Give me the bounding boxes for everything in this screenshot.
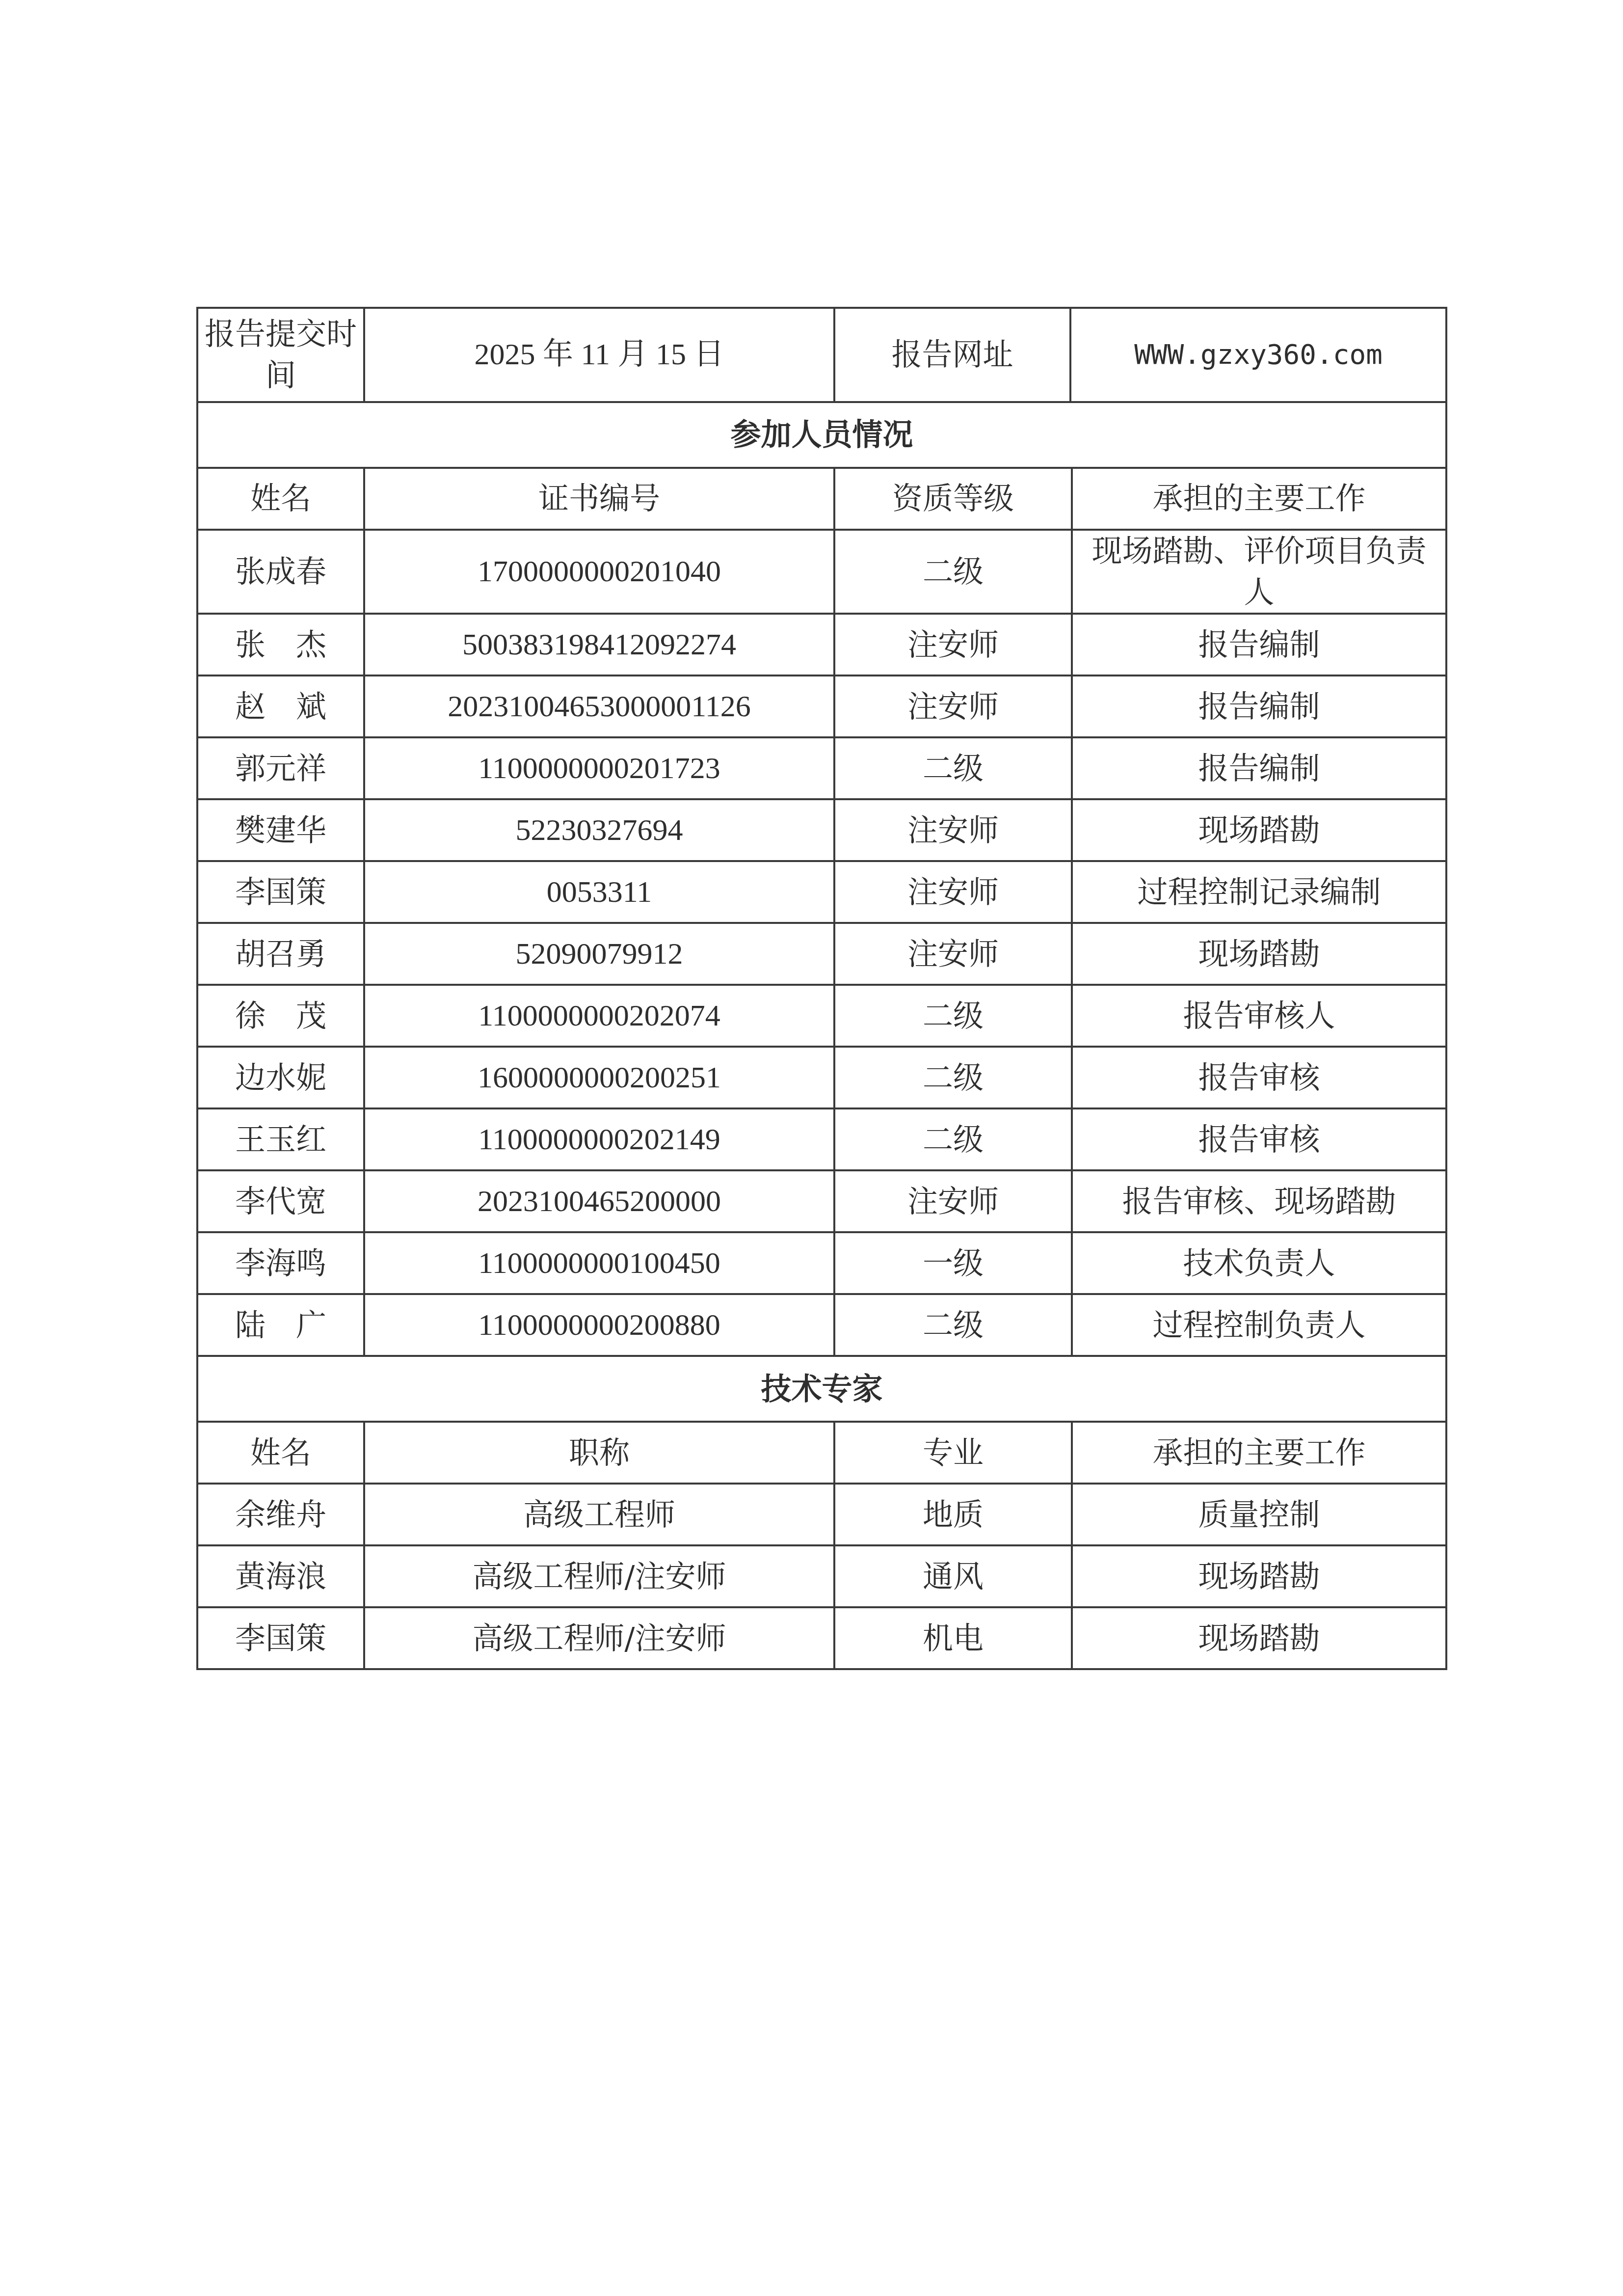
table-row: 李代宽 2023100465200000 注安师 报告审核、现场踏勘 xyxy=(197,1170,1446,1232)
personnel-header-row: 姓名 证书编号 资质等级 承担的主要工作 xyxy=(197,468,1446,530)
person-work: 技术负责人 xyxy=(1072,1232,1446,1294)
person-name: 边水妮 xyxy=(197,1047,364,1108)
column-header-name: 姓名 xyxy=(197,468,364,530)
person-name: 樊建华 xyxy=(197,799,364,861)
table-row: 李国策 高级工程师/注安师 机电 现场踏勘 xyxy=(197,1607,1446,1669)
expert-specialty: 机电 xyxy=(834,1607,1072,1669)
person-cert: 1100000000100450 xyxy=(364,1232,834,1294)
column-header-title: 职称 xyxy=(364,1422,834,1484)
submit-time-label: 报告提交时间 xyxy=(197,308,364,402)
person-name: 王玉红 xyxy=(197,1108,364,1170)
expert-name: 黄海浪 xyxy=(197,1545,364,1607)
report-url-label: 报告网址 xyxy=(835,309,1071,401)
table-row: 胡召勇 52090079912 注安师 现场踏勘 xyxy=(197,923,1446,985)
report-info-row: 报告提交时间 2025 年 11 月 15 日 报告网址 WWW.gzxy360… xyxy=(197,308,1446,402)
person-work: 过程控制记录编制 xyxy=(1072,861,1446,923)
expert-title: 高级工程师 xyxy=(364,1484,834,1545)
expert-title: 高级工程师/注安师 xyxy=(364,1607,834,1669)
column-header-level: 资质等级 xyxy=(834,468,1072,530)
person-level: 一级 xyxy=(834,1232,1072,1294)
person-name: 胡召勇 xyxy=(197,923,364,985)
person-level: 二级 xyxy=(834,1294,1072,1356)
expert-work: 现场踏勘 xyxy=(1072,1607,1446,1669)
person-cert: 1700000000201040 xyxy=(364,530,834,614)
personnel-section-row: 参加人员情况 xyxy=(197,402,1446,468)
person-level: 注安师 xyxy=(834,1170,1072,1232)
person-cert: 2023100465200000 xyxy=(364,1170,834,1232)
table-row: 余维舟 高级工程师 地质 质量控制 xyxy=(197,1484,1446,1545)
person-level: 注安师 xyxy=(834,861,1072,923)
table-row: 张 杰 500383198412092274 注安师 报告编制 xyxy=(197,614,1446,675)
table-row: 李海鸣 1100000000100450 一级 技术负责人 xyxy=(197,1232,1446,1294)
table-row: 陆 广 1100000000200880 二级 过程控制负责人 xyxy=(197,1294,1446,1356)
person-level: 注安师 xyxy=(834,923,1072,985)
expert-title: 高级工程师/注安师 xyxy=(364,1545,834,1607)
person-level: 二级 xyxy=(834,737,1072,799)
table-row: 王玉红 1100000000202149 二级 报告审核 xyxy=(197,1108,1446,1170)
submit-time-value: 2025 年 11 月 15 日 xyxy=(364,308,834,402)
person-level: 二级 xyxy=(834,985,1072,1047)
person-name: 李代宽 xyxy=(197,1170,364,1232)
experts-section-title: 技术专家 xyxy=(197,1356,1446,1422)
table-row: 郭元祥 1100000000201723 二级 报告编制 xyxy=(197,737,1446,799)
person-name: 郭元祥 xyxy=(197,737,364,799)
expert-specialty: 通风 xyxy=(834,1545,1072,1607)
person-work: 现场踏勘 xyxy=(1072,923,1446,985)
person-cert: 1100000000202149 xyxy=(364,1108,834,1170)
person-level: 二级 xyxy=(834,530,1072,614)
person-work: 报告审核、现场踏勘 xyxy=(1072,1170,1446,1232)
table-row: 赵 斌 20231004653000001126 注安师 报告编制 xyxy=(197,675,1446,737)
person-name: 赵 斌 xyxy=(197,675,364,737)
expert-name: 李国策 xyxy=(197,1607,364,1669)
person-cert: 0053311 xyxy=(364,861,834,923)
person-cert: 1600000000200251 xyxy=(364,1047,834,1108)
person-cert: 1100000000200880 xyxy=(364,1294,834,1356)
column-header-work: 承担的主要工作 xyxy=(1072,468,1446,530)
table-row: 徐 茂 1100000000202074 二级 报告审核人 xyxy=(197,985,1446,1047)
person-work: 报告审核人 xyxy=(1072,985,1446,1047)
person-level: 注安师 xyxy=(834,675,1072,737)
report-url-value: WWW.gzxy360.com xyxy=(1071,309,1445,401)
person-work: 报告编制 xyxy=(1072,614,1446,675)
column-header-cert: 证书编号 xyxy=(364,468,834,530)
table-row: 李国策 0053311 注安师 过程控制记录编制 xyxy=(197,861,1446,923)
person-name: 徐 茂 xyxy=(197,985,364,1047)
experts-header-row: 姓名 职称 专业 承担的主要工作 xyxy=(197,1422,1446,1484)
person-name: 张 杰 xyxy=(197,614,364,675)
person-name: 李海鸣 xyxy=(197,1232,364,1294)
table-row: 黄海浪 高级工程师/注安师 通风 现场踏勘 xyxy=(197,1545,1446,1607)
expert-work: 现场踏勘 xyxy=(1072,1545,1446,1607)
person-name: 陆 广 xyxy=(197,1294,364,1356)
person-level: 二级 xyxy=(834,1108,1072,1170)
table-row: 边水妮 1600000000200251 二级 报告审核 xyxy=(197,1047,1446,1108)
expert-work: 质量控制 xyxy=(1072,1484,1446,1545)
person-cert: 52090079912 xyxy=(364,923,834,985)
person-work: 过程控制负责人 xyxy=(1072,1294,1446,1356)
person-work: 报告编制 xyxy=(1072,675,1446,737)
expert-name: 余维舟 xyxy=(197,1484,364,1545)
report-personnel-table: 报告提交时间 2025 年 11 月 15 日 报告网址 WWW.gzxy360… xyxy=(196,307,1447,1670)
personnel-section-title: 参加人员情况 xyxy=(197,402,1446,468)
person-work: 报告编制 xyxy=(1072,737,1446,799)
document-page: 报告提交时间 2025 年 11 月 15 日 报告网址 WWW.gzxy360… xyxy=(0,0,1623,2296)
person-work: 现场踏勘、评价项目负责人 xyxy=(1072,530,1446,614)
column-header-name: 姓名 xyxy=(197,1422,364,1484)
person-level: 注安师 xyxy=(834,614,1072,675)
column-header-work: 承担的主要工作 xyxy=(1072,1422,1446,1484)
table-row: 张成春 1700000000201040 二级 现场踏勘、评价项目负责人 xyxy=(197,530,1446,614)
person-level: 注安师 xyxy=(834,799,1072,861)
person-name: 李国策 xyxy=(197,861,364,923)
person-cert: 1100000000202074 xyxy=(364,985,834,1047)
person-work: 报告审核 xyxy=(1072,1108,1446,1170)
column-header-specialty: 专业 xyxy=(834,1422,1072,1484)
experts-section-row: 技术专家 xyxy=(197,1356,1446,1422)
table-row: 樊建华 52230327694 注安师 现场踏勘 xyxy=(197,799,1446,861)
person-cert: 20231004653000001126 xyxy=(364,675,834,737)
person-level: 二级 xyxy=(834,1047,1072,1108)
person-cert: 500383198412092274 xyxy=(364,614,834,675)
report-url-cell: 报告网址 WWW.gzxy360.com xyxy=(834,308,1446,402)
person-work: 现场踏勘 xyxy=(1072,799,1446,861)
expert-specialty: 地质 xyxy=(834,1484,1072,1545)
person-cert: 1100000000201723 xyxy=(364,737,834,799)
person-name: 张成春 xyxy=(197,530,364,614)
person-cert: 52230327694 xyxy=(364,799,834,861)
person-work: 报告审核 xyxy=(1072,1047,1446,1108)
